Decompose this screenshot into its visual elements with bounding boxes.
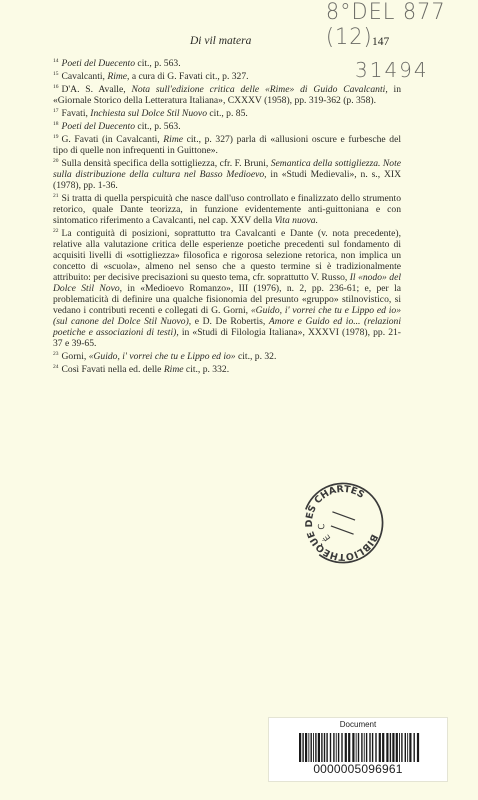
barcode-title: Document [269,720,447,729]
footnote-text: Favati, [62,108,91,119]
footnote-22: 22La contiguità di posizioni, soprattutt… [53,228,401,349]
barcode-number: 0000005096961 [269,762,447,776]
footnote-20: 20Sulla densità specifica della sottigli… [53,158,401,191]
footnote-text: Cavalcanti, [62,71,108,82]
footnote-italic-text: Inchiesta sul Dolce Stil Nuovo [90,108,207,119]
footnote-text: G. Favati (in Cavalcanti, [62,134,164,145]
footnote-text: , e D. De Robertis, [189,316,269,327]
footnote-italic-text: Rime [164,364,184,375]
footnote-text: Si tratta di quella perspicuità che nasc… [53,193,401,226]
footnote-text: Gorni, [62,351,89,362]
footnote-italic-text: Rime [107,71,127,82]
footnote-text: cit., p. 563. [135,121,181,132]
footnote-number: 23 [53,351,59,357]
footnote-14: 14Poeti del Duecento cit., p. 563. [53,58,401,69]
handwritten-shelfmark: 8°DEL 877 (12) [326,0,474,50]
footnote-text: cit., p. 32. [236,351,277,362]
footnote-italic-text: «Guido, i' vorrei che tu e Lippo ed io» [89,351,236,362]
running-head: Di vil matera [190,35,251,47]
svg-text:BIBLIOTHÈQUE DES CHARTES: BIBLIOTHÈQUE DES CHARTES [300,480,386,566]
footnotes: 14Poeti del Duecento cit., p. 563.15Cava… [53,58,401,377]
footnote-23: 23Gorni, «Guido, i' vorrei che tu e Lipp… [53,351,401,362]
footnote-number: 14 [53,58,59,64]
footnote-italic-text: Poeti del Duecento [62,121,136,132]
footnote-16: 16D'A. S. Avalle, Nota sull'edizione cri… [53,84,401,106]
page-number: 147 [372,36,389,48]
footnote-italic-text: Poeti del Duecento [62,58,136,69]
footnote-17: 17Favati, Inchiesta sul Dolce Stil Nuovo… [53,108,401,119]
stamp-outer-text: BIBLIOTHÈQUE DES CHARTES [300,480,386,566]
footnote-15: 15Cavalcanti, Rime, a cura di G. Favati … [53,71,401,82]
footnote-number: 17 [53,108,59,114]
library-stamp-icon: BIBLIOTHÈQUE DES CHARTES ÉCOLE [300,480,386,566]
footnote-text: , a cura di G. Favati cit., p. 327. [127,71,249,82]
footnote-italic-text: Nota sull'edizione critica delle «Rime» … [131,84,385,95]
footnote-number: 21 [53,193,59,199]
footnote-text: cit., p. 563. [135,58,181,69]
footnote-number: 18 [53,121,59,127]
footnote-text: cit., p. 85. [207,108,248,119]
barcode-icon [299,733,421,762]
footnote-text: Così Favati nella ed. delle [62,364,164,375]
barcode-label: Document 0000005096961 [268,717,448,782]
footnote-text: D'A. S. Avalle, [62,84,132,95]
footnote-text: cit., p. 332. [184,364,230,375]
footnote-24: 24Così Favati nella ed. delle Rime cit.,… [53,364,401,375]
footnote-number: 16 [53,84,59,90]
footnote-italic-text: Rime [163,134,183,145]
footnote-italic-text: Vita nuova. [274,215,318,226]
footnote-number: 20 [53,158,59,164]
footnote-text: Sulla densità specifica della sottigliez… [62,158,271,169]
footnote-number: 24 [53,364,59,370]
footnote-number: 15 [53,71,59,77]
footnote-number: 22 [53,228,59,234]
footnote-21: 21Si tratta di quella perspicuità che na… [53,193,401,226]
footnote-number: 19 [53,134,59,140]
footnote-18: 18Poeti del Duecento cit., p. 563. [53,121,401,132]
footnote-19: 19G. Favati (in Cavalcanti, Rime cit., p… [53,134,401,156]
